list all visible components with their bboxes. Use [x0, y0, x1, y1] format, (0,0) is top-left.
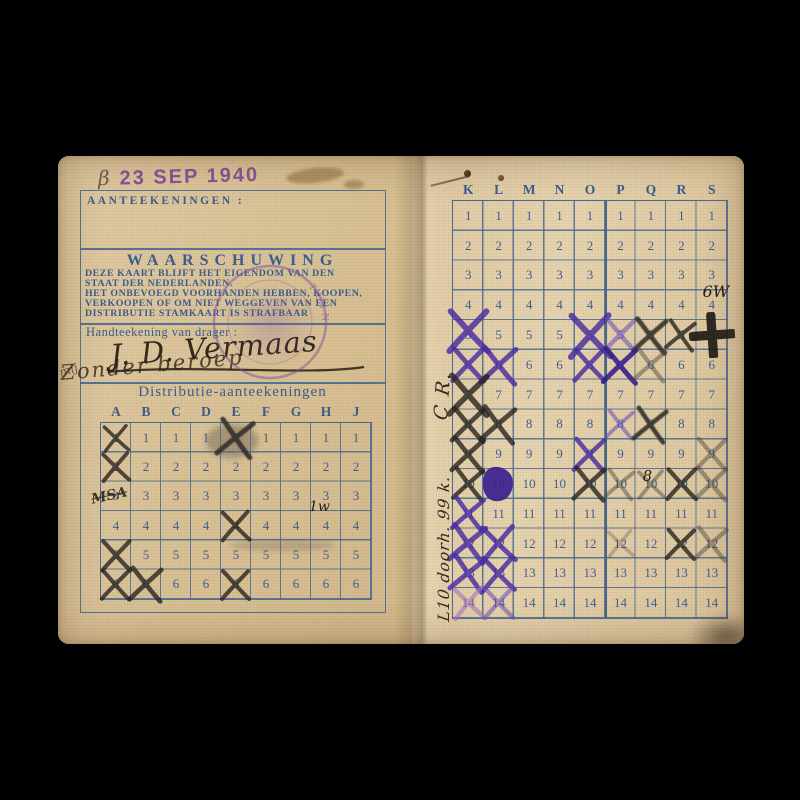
handwritten-annotation: 1w: [309, 499, 330, 515]
handwritten-annotation: 8: [643, 467, 653, 485]
ration-card: β23 SEP 1940 AANTEEKENINGEN : WAARSCHUWI…: [58, 156, 744, 644]
handwritten-annotation: 6W: [703, 282, 730, 301]
edge-vignette: [58, 156, 744, 644]
